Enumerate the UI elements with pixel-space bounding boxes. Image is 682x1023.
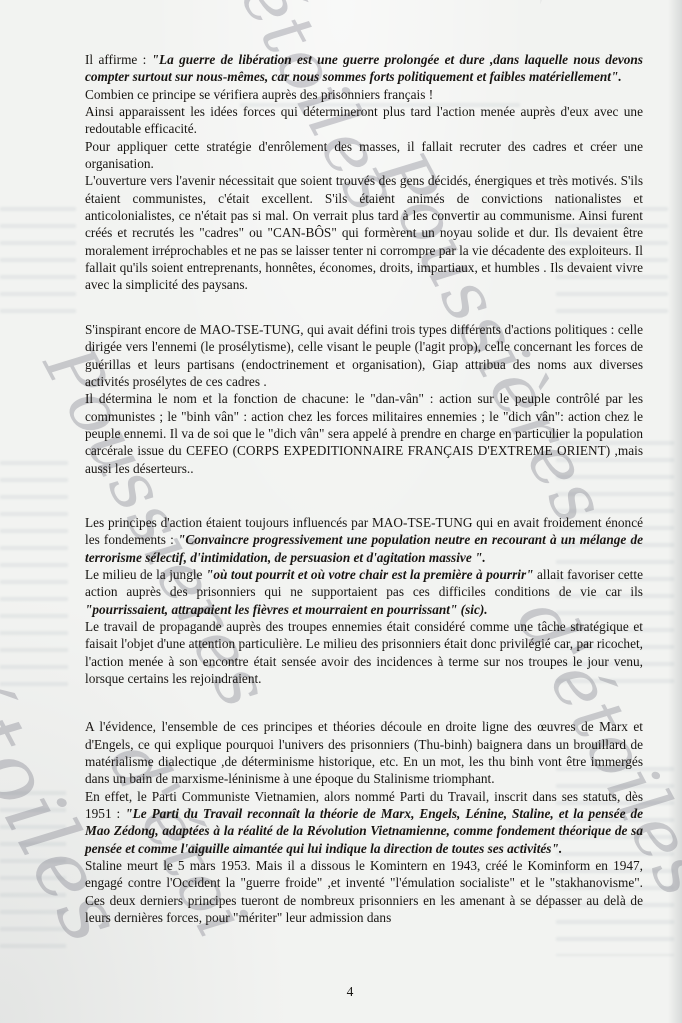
text-segment: "où tout pourrit et où votre chair est l… [206,567,534,582]
text-segment: S'inspirant encore de MAO-TSE-TUNG, qui … [85,322,643,389]
text-segment: Ainsi apparaissent les idées forces qui … [85,104,643,136]
paragraph-7: Il détermina le nom et la fonction de ch… [85,390,643,477]
paragraph-4: Pour appliquer cette stratégie d'enrôlem… [85,138,643,173]
paragraph-6: S'inspirant encore de MAO-TSE-TUNG, qui … [85,321,643,390]
paragraph-1: Il affirme : "La guerre de libération es… [85,51,643,86]
document-page: étoilesPoussièresd'étoilesPoussieresd'ét… [0,0,682,1023]
paragraph-11: A l'évidence, l'ensemble de ces principe… [85,718,643,787]
text-segment: Pour appliquer cette stratégie d'enrôlem… [85,139,643,171]
text-segment: "La guerre de libération est une guerre … [85,52,643,84]
text-segment: "Le Parti du Travail reconnaît la théori… [85,806,643,856]
paragraph-8: Les principes d'action étaient toujours … [85,514,643,566]
text-segment: A l'évidence, l'ensemble de ces principe… [85,719,643,786]
text-segment: Staline meurt le 5 mars 1953. Mais il a … [85,858,643,925]
text-segment: Combien ce principe se vérifiera auprès … [85,87,433,102]
paragraph-9: Le milieu de la jungle "où tout pourrit … [85,566,643,618]
paragraph-13: Staline meurt le 5 mars 1953. Mais il a … [85,857,643,926]
text-segment: Le travail de propagande auprès des trou… [85,619,643,686]
paragraph-5: L'ouverture vers l'avenir nécessitait qu… [85,172,643,293]
paragraph-2: Combien ce principe se vérifiera auprès … [85,86,643,103]
paragraph-12: En effet, le Parti Communiste Vietnamien… [85,788,643,857]
paragraph-10: Le travail de propagande auprès des trou… [85,618,643,687]
text-segment: Le milieu de la jungle [85,567,206,582]
paragraph-3: Ainsi apparaissent les idées forces qui … [85,103,643,138]
text-segment: Il affirme : [85,52,152,67]
page-number: 4 [85,984,615,1000]
bleedthrough-text [0,450,68,690]
text-segment: L'ouverture vers l'avenir nécessitait qu… [85,173,643,292]
text-block: Il affirme : "La guerre de libération es… [85,51,643,926]
bleedthrough-text [0,780,66,950]
bleedthrough-text [0,196,76,314]
text-segment: Il détermina le nom et la fonction de ch… [85,391,643,475]
text-segment: "pourrissaient, attrapaient les fièvres … [85,602,488,617]
